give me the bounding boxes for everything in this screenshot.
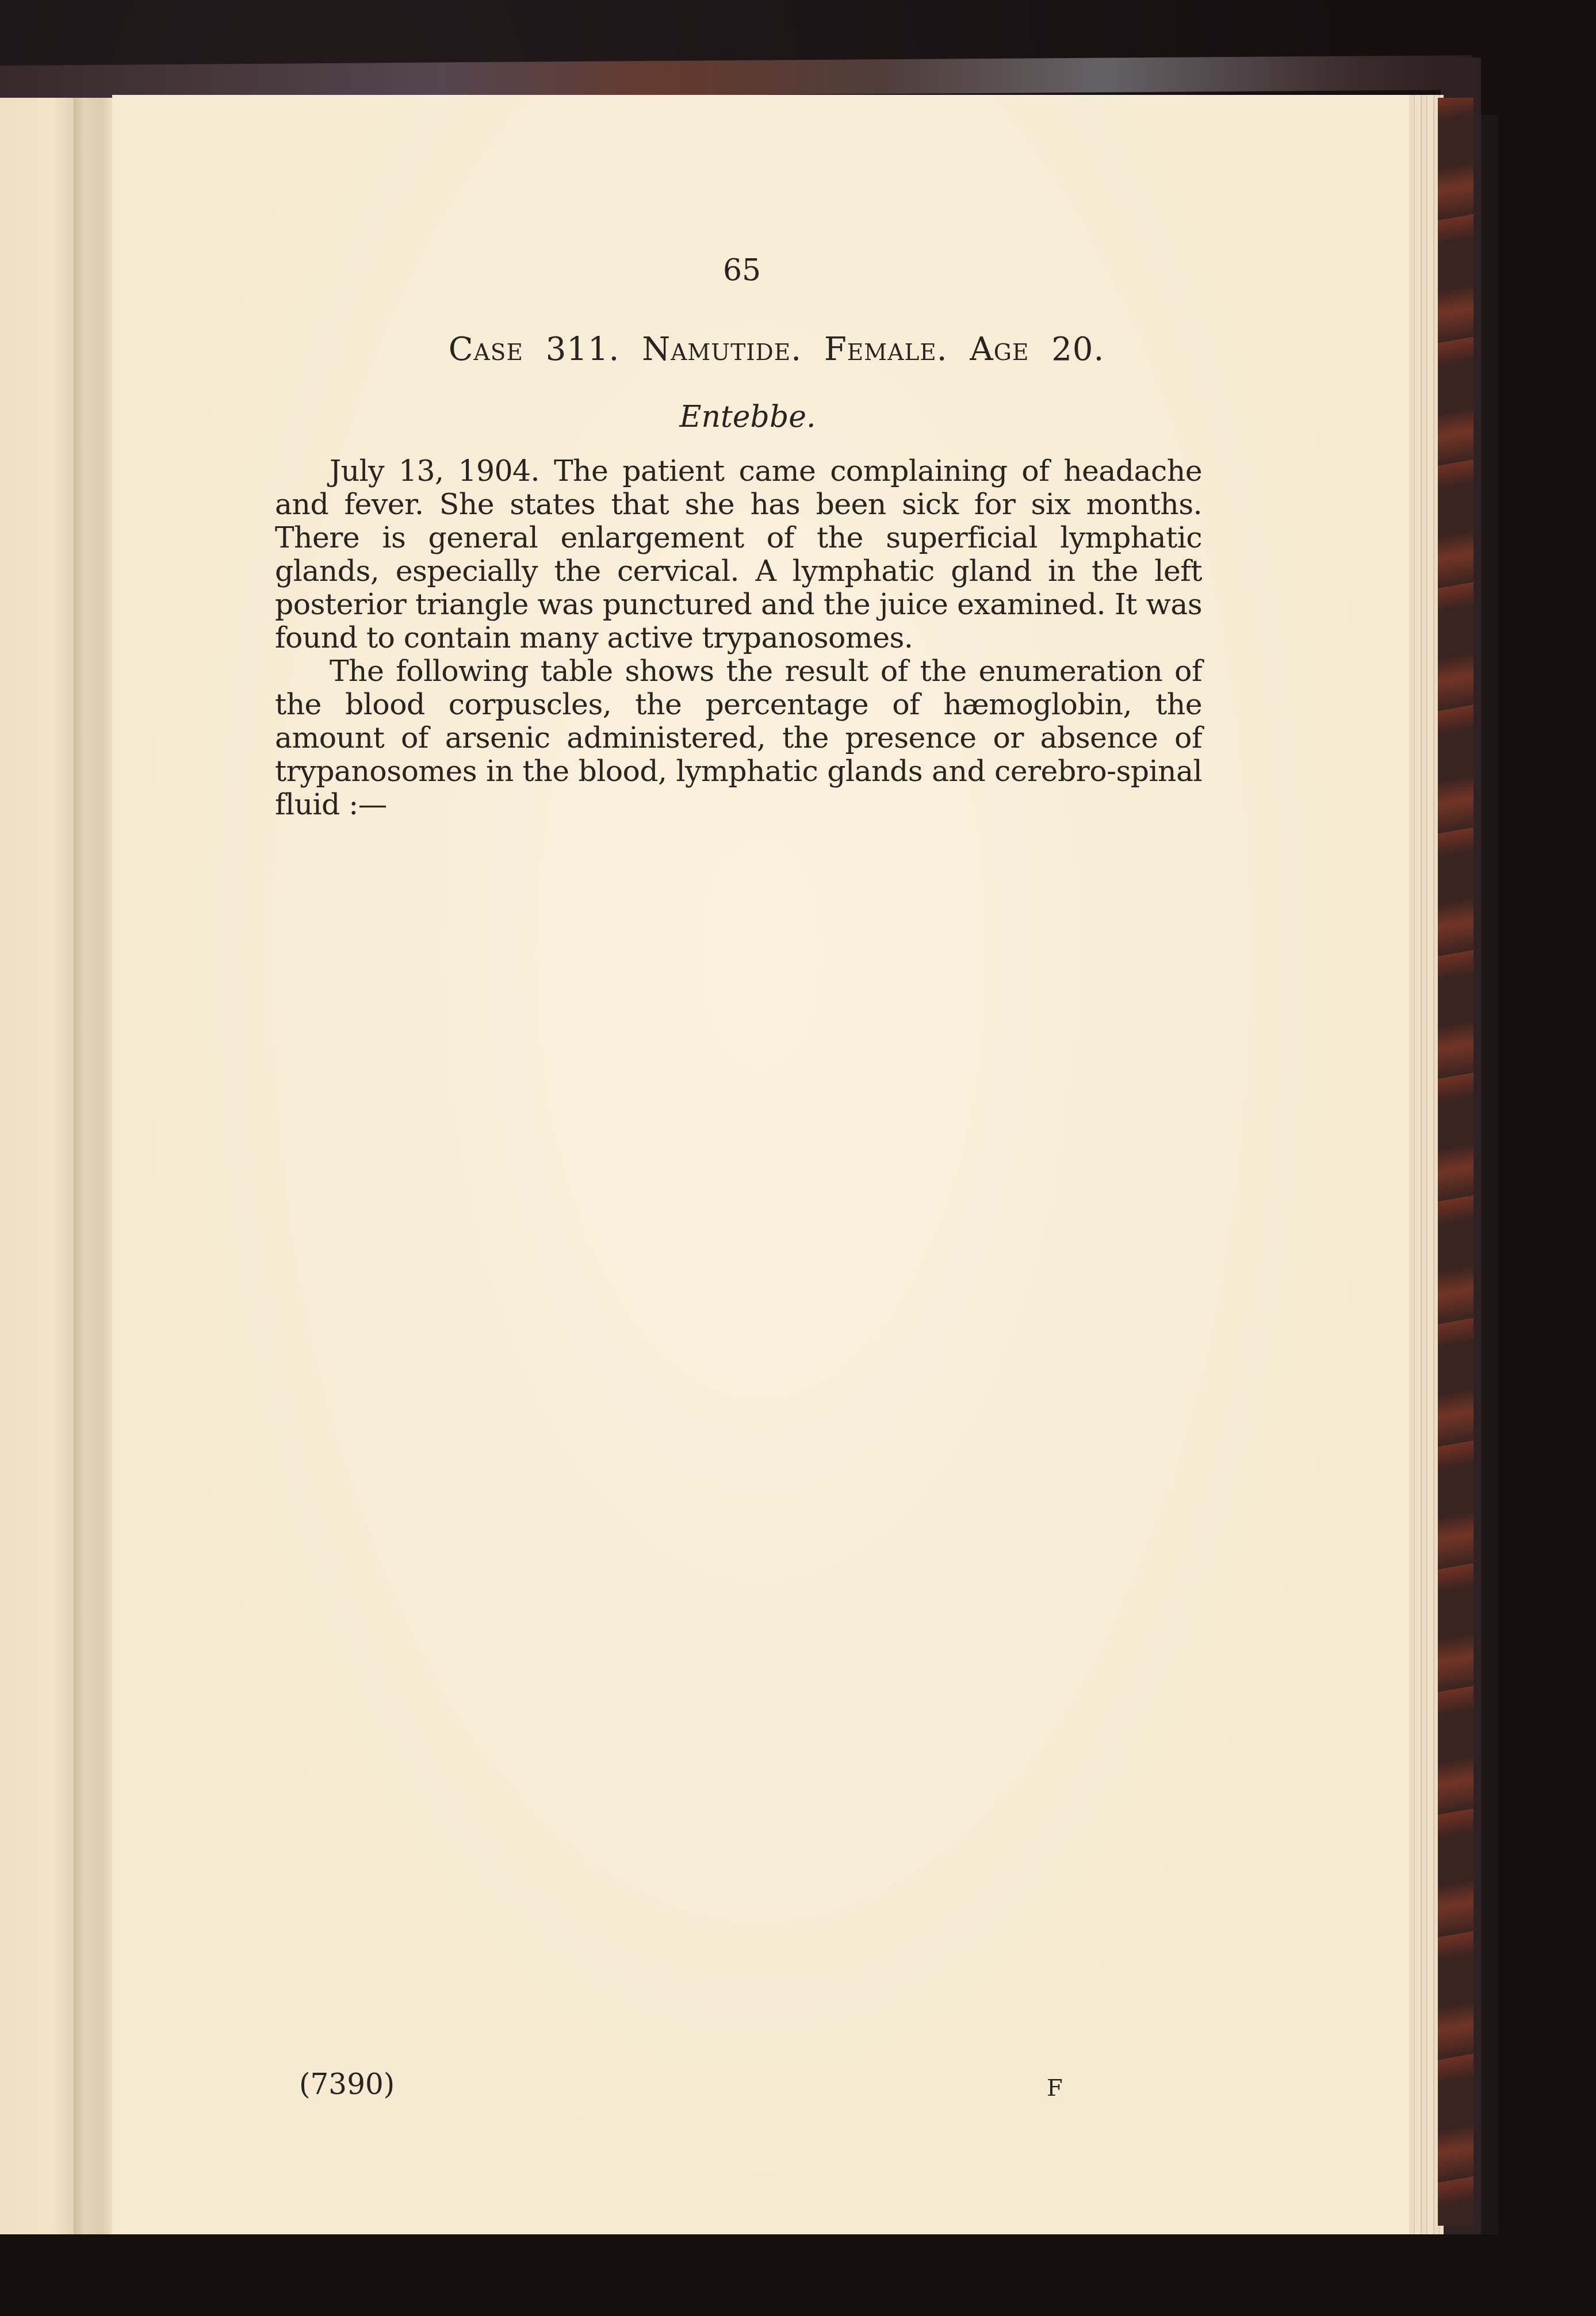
case-heading: Case 311. Namutide. Female. Age 20. — [345, 331, 1208, 368]
marbled-fore-edge — [1438, 98, 1473, 2226]
paragraph-table-intro: The following table shows the result of … — [275, 654, 1202, 821]
patient-sex: Female. — [824, 331, 948, 368]
page-number: 65 — [707, 253, 776, 288]
location-subheading: Entebbe. — [518, 400, 978, 434]
patient-age: Age 20. — [970, 331, 1104, 368]
print-code: (7390) — [299, 2068, 395, 2101]
book-cover-right-shadow — [1481, 115, 1498, 2243]
bottom-background — [0, 2234, 1596, 2316]
case-number: Case 311. — [449, 331, 620, 368]
paragraph-case-history: July 13, 1904. The patient came complain… — [275, 454, 1202, 654]
book-gutter — [74, 98, 114, 2234]
signature-mark: F — [1047, 2075, 1063, 2101]
patient-name: Namutide. — [642, 331, 802, 368]
left-page-sliver — [0, 98, 74, 2234]
body-text: July 13, 1904. The patient came complain… — [275, 454, 1202, 821]
